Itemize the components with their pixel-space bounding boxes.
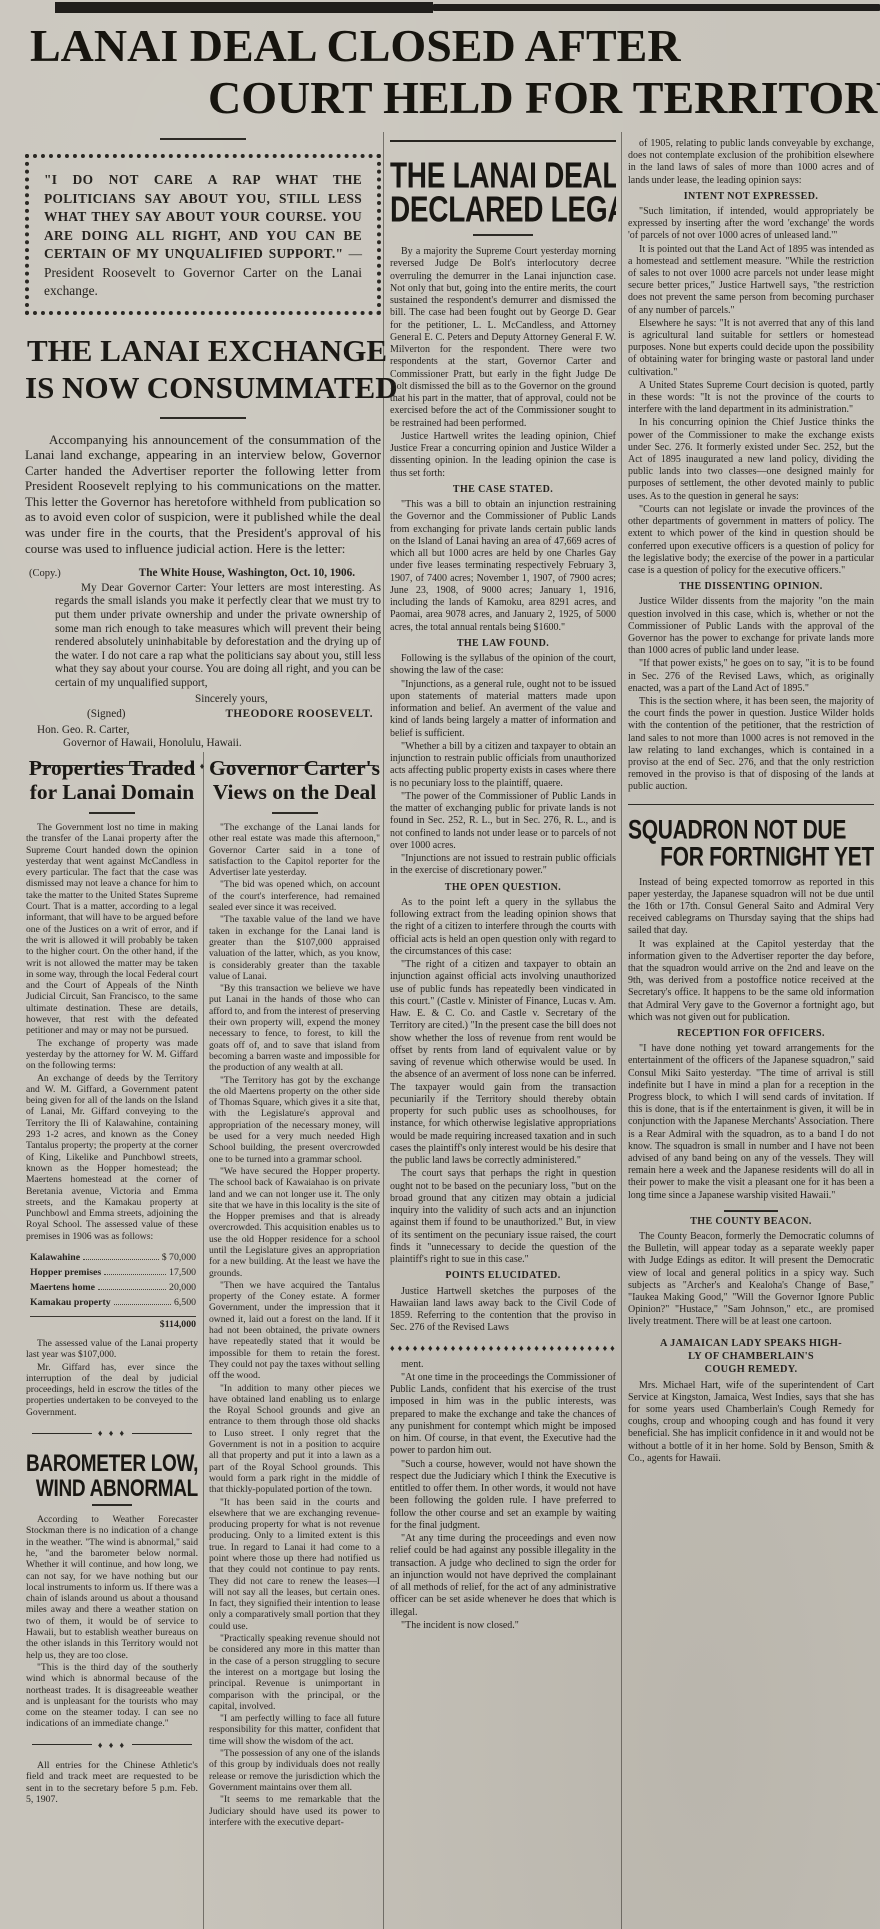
para-block: According to Weather Forecaster Stockman… xyxy=(26,1514,198,1661)
para-block: Mr. Giffard has, ever since the interrup… xyxy=(26,1362,198,1418)
para-block: This is the section where, it has been s… xyxy=(628,696,874,794)
roosevelt-letter: (Copy.) The White House, Washington, Oct… xyxy=(25,565,381,751)
para-block: Elsewhere he says: "It is not averred th… xyxy=(628,318,874,379)
valuation-label: Hopper premises xyxy=(30,1265,101,1280)
diamond-ornament: ♦ ♦ ♦ xyxy=(92,1428,132,1438)
subhead-block: THE COUNTY BEACON. xyxy=(628,1216,874,1228)
letter-dateline: The White House, Washington, Oct. 10, 19… xyxy=(139,567,377,581)
para-block: "In addition to many other pieces we hav… xyxy=(209,1383,380,1496)
valuation-row: Maertens home20,000 xyxy=(30,1280,196,1295)
para-block: The assessed value of the Lanai property… xyxy=(26,1338,198,1361)
para-block: "This was a bill to obtain an injunction… xyxy=(390,499,616,634)
barometer-title-line2: WIND ABNORMAL xyxy=(26,1473,198,1505)
roosevelt-quote-box: "I DO NOT CARE A RAP WHAT THE POLITICIAN… xyxy=(25,154,381,315)
letter-addressee-line2: Governor of Hawaii, Honolulu, Hawaii. xyxy=(25,737,381,751)
dot-leader xyxy=(83,1259,159,1260)
para-block: "Then we have acquired the Tantalus prop… xyxy=(209,1280,380,1382)
declared-legal-title: THE LANAI DEAL DECLARED LEGAL xyxy=(390,140,616,222)
valuation-amount: $114,000 xyxy=(160,1317,196,1332)
para-block: "The incident is now closed." xyxy=(390,1620,616,1632)
declared-legal-column: THE LANAI DEAL DECLARED LEGAL By a major… xyxy=(390,140,616,1929)
para-block: The County Beacon, formerly the Democrat… xyxy=(628,1231,874,1329)
exchange-intro-paragraph: Accompanying his announcement of the con… xyxy=(25,433,381,558)
para-block: Mrs. Michael Hart, wife of the superinte… xyxy=(628,1380,874,1465)
barometer-title: BAROMETER LOW, WIND ABNORMAL xyxy=(26,1448,198,1498)
squadron-article: SQUADRON NOT DUE FOR FORTNIGHT YET Inste… xyxy=(628,804,874,1202)
right-column: of 1905, relating to public lands convey… xyxy=(628,138,874,1929)
views-body: "The exchange of the Lanai lands for oth… xyxy=(209,822,380,1828)
para-block: "The right of a citizen and taxpayer to … xyxy=(390,959,616,1167)
title-line1: THE LANAI EXCHANGE xyxy=(25,333,381,369)
para-block: "The exchange of the Lanai lands for oth… xyxy=(209,822,380,878)
subhead-block: THE CASE STATED. xyxy=(390,484,616,496)
para-block: An exchange of deeds by the Territory an… xyxy=(26,1073,198,1242)
para-block: "At one time in the proceedings the Comm… xyxy=(390,1372,616,1458)
main-headline: LANAI DEAL CLOSED AFTER COURT HELD FOR T… xyxy=(30,20,878,124)
barometer-body: According to Weather Forecaster Stockman… xyxy=(26,1514,198,1730)
divider-rule xyxy=(160,417,246,419)
divider-rule xyxy=(473,234,533,236)
para-block: "The Territory has got by the exchange t… xyxy=(209,1075,380,1165)
para-block: "I am perfectly willing to face all futu… xyxy=(209,1713,380,1747)
county-beacon-article: THE COUNTY BEACON.The County Beacon, for… xyxy=(628,1216,874,1329)
properties-title: Properties Traded for Lanai Domain xyxy=(26,756,198,804)
subhead-block: POINTS ELUCIDATED. xyxy=(390,1270,616,1282)
quote-text: "I DO NOT CARE A RAP WHAT THE POLITICIAN… xyxy=(44,172,362,261)
valuation-label: Kamakau property xyxy=(30,1295,111,1310)
para-block: In his concurring opinion the Chief Just… xyxy=(628,417,874,502)
subhead-block: THE LAW FOUND. xyxy=(390,638,616,650)
para-block: Justice Wilder dissents from the majorit… xyxy=(628,596,874,657)
para-block: ment. xyxy=(390,1359,616,1371)
divider-rule xyxy=(89,812,135,814)
para-block: Justice Hartwell sketches the purposes o… xyxy=(390,1286,616,1335)
dot-leader xyxy=(98,1289,166,1290)
letter-addressee-line1: Hon. Geo. R. Carter, xyxy=(25,724,381,738)
para-block: "The taxable value of the land we have t… xyxy=(209,914,380,982)
para-block: "Practically speaking revenue should not… xyxy=(209,1633,380,1712)
para-block: "Whether a bill by a citizen and taxpaye… xyxy=(390,741,616,790)
subhead-block: RECEPTION FOR OFFICERS. xyxy=(628,1028,874,1040)
headline-line1: LANAI DEAL CLOSED AFTER xyxy=(30,20,878,72)
para-block: "The bid was opened which, on account of… xyxy=(209,879,380,913)
para-block: "The power of the Commissioner of Public… xyxy=(390,791,616,852)
para-block: Justice Hartwell writes the leading opin… xyxy=(390,431,616,480)
para-block: "Injunctions are not issued to restrain … xyxy=(390,853,616,878)
views-title: Governor Carter's Views on the Deal xyxy=(209,756,380,804)
properties-article-column: Properties Traded for Lanai Domain The G… xyxy=(26,752,198,1929)
para-block: A United States Supreme Court decision i… xyxy=(628,380,874,417)
valuation-total: $114,000 xyxy=(30,1316,196,1332)
valuation-label: Kalawahine xyxy=(30,1250,80,1265)
para-block: "I have done nothing yet toward arrangem… xyxy=(628,1043,874,1202)
carter-views-column: Governor Carter's Views on the Deal "The… xyxy=(209,752,380,1929)
para-block: "Courts can not legislate or invade the … xyxy=(628,504,874,577)
divider-rule xyxy=(160,138,246,140)
headline-line2: COURT HELD FOR TERRITORY xyxy=(208,72,878,124)
title-line2: IS NOW CONSUMMATED xyxy=(25,369,381,407)
para-block: The Government lost no time in making th… xyxy=(26,822,198,1037)
letter-signed-label: (Signed) xyxy=(87,708,126,722)
valuation-row: Hopper premises17,500 xyxy=(30,1265,196,1280)
declared-title-line2: DECLARED LEGAL xyxy=(390,188,616,232)
athletic-meet-note: All entries for the Chinese Athletic's f… xyxy=(26,1760,198,1806)
para-block: As to the point left a query in the syll… xyxy=(390,897,616,958)
letter-copy-label: (Copy.) xyxy=(29,567,61,581)
valuation-amount: $ 70,000 xyxy=(162,1250,196,1265)
para-block: "Such limitation, if intended, would app… xyxy=(628,206,874,243)
para-block: "It seems to me remarkable that the Judi… xyxy=(209,1794,380,1828)
para-block: It was explained at the Capitol yesterda… xyxy=(628,939,874,1024)
ornament-divider: ♦ ♦ ♦ xyxy=(32,1428,192,1438)
para-block: The court says that perhaps the right in… xyxy=(390,1168,616,1266)
valuation-row: Kamakau property6,500 xyxy=(30,1295,196,1310)
para-block: "The possession of any one of the island… xyxy=(209,1748,380,1793)
jamaican-lady-article: A JAMAICAN LADY SPEAKS HIGH- LY OF CHAMB… xyxy=(628,1337,874,1465)
para-block: "By this transaction we believe we have … xyxy=(209,983,380,1073)
subhead-block: THE DISSENTING OPINION. xyxy=(628,581,874,593)
para-block: "If that power exists," he goes on to sa… xyxy=(628,658,874,695)
valuation-table: Kalawahine$ 70,000Hopper premises17,500M… xyxy=(30,1250,196,1332)
para-block: "We have secured the Hopper property. Th… xyxy=(209,1166,380,1279)
column-rule xyxy=(203,752,204,1929)
column-rule xyxy=(621,132,622,1929)
para-block: "Such a course, however, would not have … xyxy=(390,1459,616,1533)
para-block: "It has been said in the courts and else… xyxy=(209,1497,380,1633)
valuation-amount: 17,500 xyxy=(169,1265,196,1280)
subhead-block: THE OPEN QUESTION. xyxy=(390,882,616,894)
divider-rule xyxy=(724,1210,778,1212)
dot-leader xyxy=(104,1274,166,1275)
squadron-title-line2: FOR FORTNIGHT YET xyxy=(628,840,874,875)
valuation-label: Maertens home xyxy=(30,1280,95,1295)
divider-rule xyxy=(272,812,318,814)
para-block: "At any time during the proceedings and … xyxy=(390,1533,616,1619)
declared-legal-body: By a majority the Supreme Court yesterda… xyxy=(390,246,616,1335)
valuation-amount: 6,500 xyxy=(174,1295,196,1310)
subhead-block: INTENT NOT EXPRESSED. xyxy=(628,191,874,203)
press-bar-left xyxy=(55,2,433,13)
valuation-amount: 20,000 xyxy=(169,1280,196,1295)
diamond-row-divider: ♦♦♦♦♦♦♦♦♦♦♦♦♦♦♦♦♦♦♦♦♦♦♦♦♦♦♦♦♦♦♦♦ xyxy=(390,1343,616,1353)
para-block: Following is the syllabus of the opinion… xyxy=(390,653,616,678)
para-block: Instead of being expected tomorrow as re… xyxy=(628,877,874,938)
letter-body: My Dear Governor Carter: Your letters ar… xyxy=(25,582,381,691)
ornament-divider: ♦ ♦ ♦ xyxy=(32,1740,192,1750)
properties-body-2: The assessed value of the Lanai property… xyxy=(26,1338,198,1418)
para-block: "Injunctions, as a general rule, ought n… xyxy=(390,679,616,740)
exchange-article-title: THE LANAI EXCHANGE IS NOW CONSUMMATED xyxy=(25,333,381,407)
para-block: "This is the third day of the southerly … xyxy=(26,1662,198,1730)
valuation-row: Kalawahine$ 70,000 xyxy=(30,1250,196,1265)
letter-signature: THEODORE ROOSEVELT. xyxy=(225,708,373,722)
properties-body-1: The Government lost no time in making th… xyxy=(26,822,198,1242)
para-block: By a majority the Supreme Court yesterda… xyxy=(390,246,616,430)
para-block: The exchange of property was made yester… xyxy=(26,1038,198,1072)
diamond-ornament: ♦ ♦ ♦ xyxy=(92,1740,132,1750)
squadron-body: Instead of being expected tomorrow as re… xyxy=(628,877,874,1202)
interview-conclusion: ment."At one time in the proceedings the… xyxy=(390,1359,616,1633)
para-block: of 1905, relating to public lands convey… xyxy=(628,138,874,187)
head3-block: A JAMAICAN LADY SPEAKS HIGH- LY OF CHAMB… xyxy=(632,1337,870,1376)
opinion-continued: of 1905, relating to public lands convey… xyxy=(628,138,874,794)
press-bar-right xyxy=(433,4,880,11)
squadron-title: SQUADRON NOT DUE FOR FORTNIGHT YET xyxy=(628,813,874,867)
newspaper-page: { "masthead": { "headline_line1": "LANAI… xyxy=(0,0,880,1929)
letter-closing: Sincerely yours, xyxy=(25,693,381,707)
para-block: It is pointed out that the Land Act of 1… xyxy=(628,244,874,317)
left-top-region: "I DO NOT CARE A RAP WHAT THE POLITICIAN… xyxy=(25,138,381,781)
dot-leader xyxy=(114,1304,171,1305)
